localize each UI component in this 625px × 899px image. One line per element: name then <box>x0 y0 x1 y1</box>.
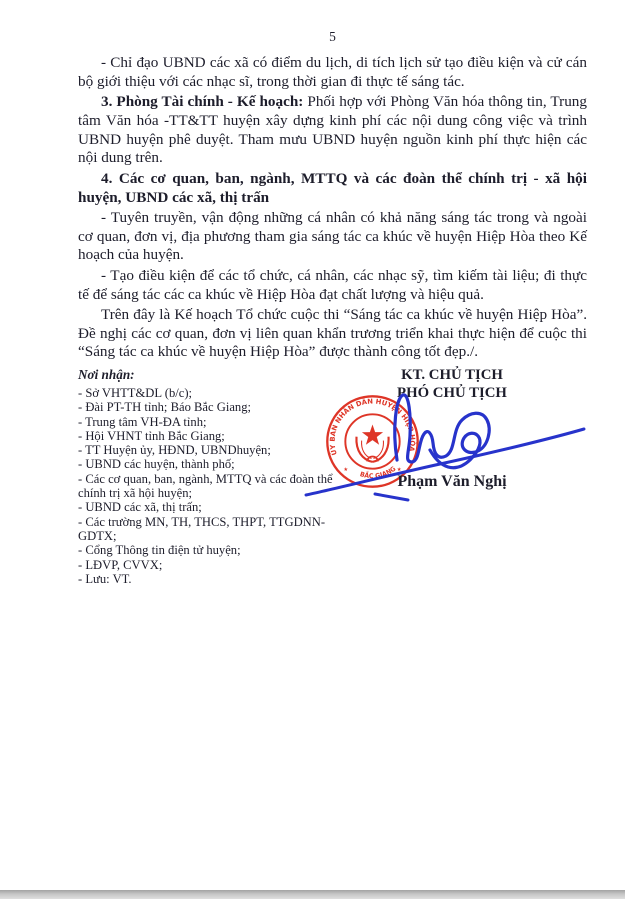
paragraph: - Chỉ đạo UBND các xã có điểm du lịch, d… <box>78 54 587 92</box>
paragraph: 4. Các cơ quan, ban, ngành, MTTQ và các … <box>78 170 587 208</box>
paragraph: - Tạo điều kiện để các tổ chức, cá nhân,… <box>78 267 587 305</box>
recipient-item: - Lưu: VT. <box>78 572 344 586</box>
paragraph-text: Trên đây là Kế hoạch Tổ chức cuộc thi “S… <box>78 306 587 361</box>
signature-letters-stroke <box>395 395 489 468</box>
signer-title-line1: KT. CHỦ TỊCH <box>352 367 552 385</box>
paragraph: - Tuyên truyền, vận động những cá nhân c… <box>78 209 587 265</box>
paragraph-text: - Tạo điều kiện để các tổ chức, cá nhân,… <box>78 267 587 303</box>
signature-underline-dash <box>375 494 408 500</box>
page-bottom-edge <box>0 890 625 899</box>
recipient-item: - Các trường MN, TH, THCS, THPT, TTGDNN-… <box>78 515 344 544</box>
paragraph-text: - Chỉ đạo UBND các xã có điểm du lịch, d… <box>78 54 587 90</box>
document-page: 5 - Chỉ đạo UBND các xã có điểm du lịch,… <box>0 0 625 899</box>
page-number: 5 <box>78 29 587 45</box>
recipient-item: - Cổng Thông tin điện tử huyện; <box>78 543 344 557</box>
section-heading: 4. Các cơ quan, ban, ngành, MTTQ và các … <box>78 170 587 206</box>
paragraph: Trên đây là Kế hoạch Tổ chức cuộc thi “S… <box>78 306 587 362</box>
paragraph-text: - Tuyên truyền, vận động những cá nhân c… <box>78 209 587 264</box>
signature-scribble <box>296 388 590 510</box>
paragraph: 3. Phòng Tài chính - Kế hoạch: Phối hợp … <box>78 93 587 168</box>
section-heading: 3. Phòng Tài chính - Kế hoạch: <box>101 93 303 110</box>
recipients-heading: Nơi nhận: <box>78 367 344 383</box>
recipient-item: - LĐVP, CVVX; <box>78 558 344 572</box>
document-body: - Chỉ đạo UBND các xã có điểm du lịch, d… <box>78 54 587 364</box>
signature-flourish-stroke <box>306 429 584 495</box>
